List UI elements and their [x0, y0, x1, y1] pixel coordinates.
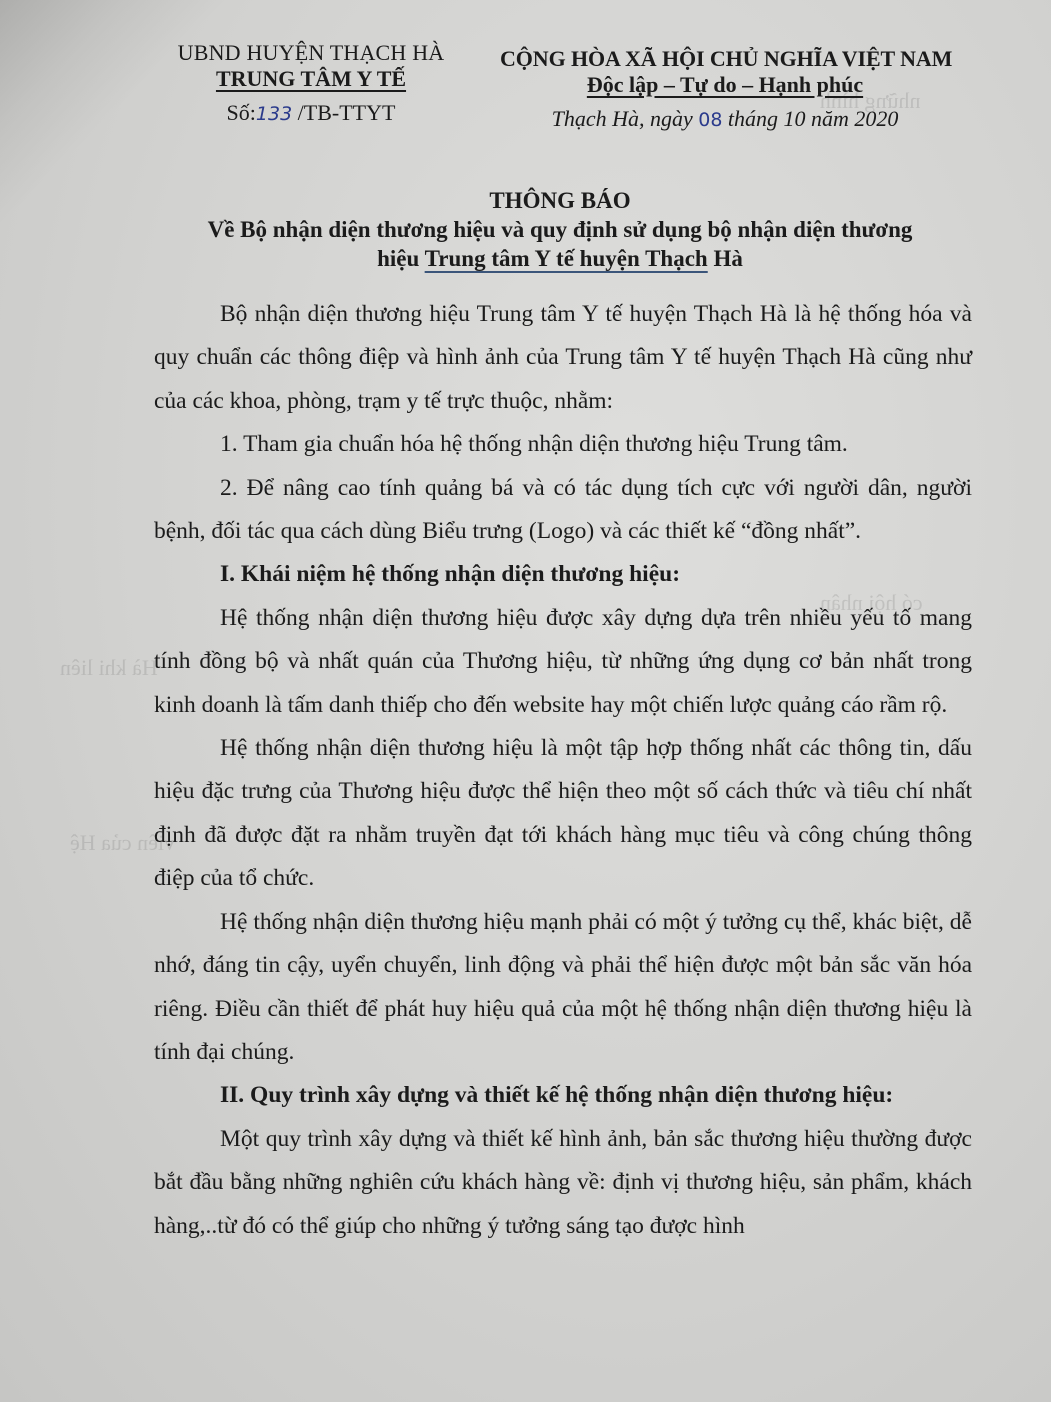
body-paragraph: Hệ thống nhận diện thương hiệu được xây …: [154, 597, 972, 727]
authority-name: UBND HUYỆN THẠCH HÀ: [150, 40, 472, 66]
body-paragraph: Bộ nhận diện thương hiệu Trung tâm Y tế …: [154, 293, 972, 423]
bleed-through-text: Hà khi liên: [60, 655, 158, 681]
organization-name: TRUNG TÂM Y TẾ: [150, 66, 472, 92]
subtitle-line-2: hiệu Trung tâm Y tế huyện Thạch Hà: [150, 244, 970, 273]
date-suffix: tháng 10 năm 2020: [722, 106, 898, 131]
body-paragraph: Hệ thống nhận diện thương hiệu là một tậ…: [154, 727, 972, 901]
body-paragraph: 1. Tham gia chuẩn hóa hệ thống nhận diện…: [154, 423, 972, 466]
body-paragraph: Hệ thống nhận diện thương hiệu mạnh phải…: [154, 901, 972, 1075]
scanned-document-page: những hình có hội nhân Hà khi liên viên …: [0, 0, 1051, 1402]
body-paragraph: 2. Để nâng cao tính quảng bá và có tác d…: [154, 467, 972, 554]
section-heading: II. Quy trình xây dựng và thiết kế hệ th…: [154, 1074, 972, 1117]
subtitle-line-1: Về Bộ nhận diện thương hiệu và quy định …: [150, 215, 970, 244]
body-paragraph: Một quy trình xây dựng và thiết kế hình …: [154, 1118, 972, 1248]
national-header-block: CỘNG HÒA XÃ HỘI CHỦ NGHĨA VIỆT NAM Độc l…: [500, 46, 950, 133]
issuing-authority-block: UBND HUYỆN THẠCH HÀ TRUNG TÂM Y TẾ Số:13…: [150, 40, 472, 127]
country-name: CỘNG HÒA XÃ HỘI CHỦ NGHĨA VIỆT NAM: [500, 46, 950, 72]
document-number-prefix: Số:: [227, 100, 256, 125]
handwritten-document-number: 133: [256, 103, 292, 125]
section-heading: I. Khái niệm hệ thống nhận diện thương h…: [154, 553, 972, 596]
document-number: Số:133 /TB-TTYT: [150, 100, 472, 127]
handwritten-date-day: 08: [698, 109, 722, 131]
pen-underlined-text: Trung tâm Y tế huyện Thạch: [425, 246, 708, 271]
document-number-suffix: /TB-TTYT: [292, 100, 395, 125]
national-motto: Độc lập – Tự do – Hạnh phúc: [500, 72, 950, 98]
subtitle-line-2-start: hiệu: [377, 246, 425, 271]
document-title: THÔNG BÁO: [150, 186, 970, 215]
document-body: Bộ nhận diện thương hiệu Trung tâm Y tế …: [154, 293, 972, 1248]
date-prefix: Thạch Hà, ngày: [552, 106, 699, 131]
subtitle-line-2-end: Hà: [708, 246, 743, 271]
document-date: Thạch Hà, ngày 08 tháng 10 năm 2020: [500, 106, 950, 133]
document-subtitle: Về Bộ nhận diện thương hiệu và quy định …: [150, 215, 970, 273]
